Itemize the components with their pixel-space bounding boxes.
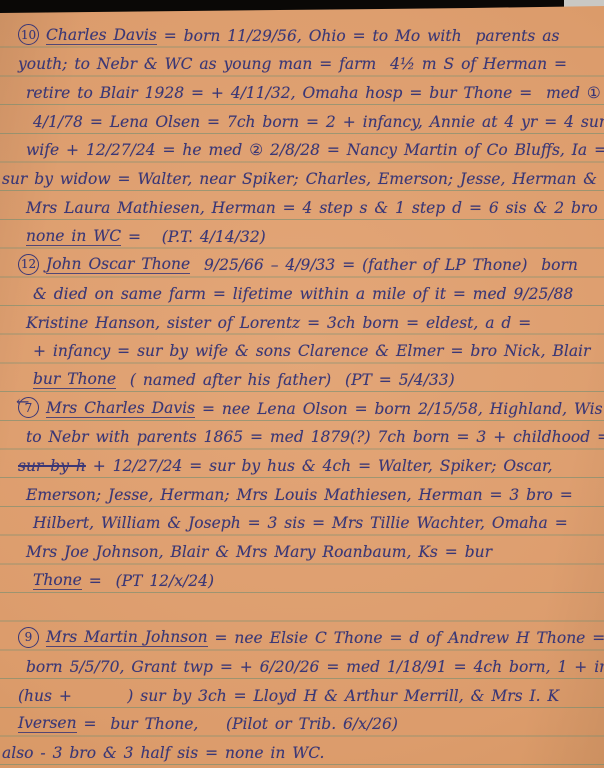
margin-arrow-annotation: ← (16, 392, 29, 411)
struck-text: sur by h (18, 457, 86, 475)
underlined-phrase: bur Thone (33, 370, 116, 389)
entry-subject-name: Mrs Martin Johnson (46, 628, 208, 647)
note-line: Iversen = bur Thone, (Pilot or Trib. 6/x… (0, 708, 604, 737)
entry-text: = nee Elsie C Thone = d of Andrew H Thon… (208, 629, 604, 647)
note-line: Thone = (PT 12/x/24) (0, 564, 604, 593)
entry-text: + 12/27/24 = sur by hus & 4ch = Walter, … (86, 457, 553, 475)
underlined-phrase: Thone (33, 571, 82, 590)
entry-text: = (PT 12/x/24) (82, 572, 214, 590)
entry-text: + infancy = sur by wife & sons Clarence … (33, 342, 590, 360)
note-line: + infancy = sur by wife & sons Clarence … (0, 335, 604, 364)
note-line: 12 John Oscar Thone 9/25/66 – 4/9/33 = (… (0, 249, 604, 278)
entry-text: = (P.T. 4/14/32) (121, 228, 266, 246)
entry-text: = nee Lena Olson = born 2/15/58, Highlan… (195, 400, 604, 418)
entry-text: born 5/5/70, Grant twp = + 6/20/26 = med… (26, 658, 604, 676)
handwritten-notes: 10 Charles Davis = born 11/29/56, Ohio =… (0, 19, 604, 765)
entry-text: ( named after his father) (PT = 5/4/33) (116, 371, 455, 389)
entry-number-circle: 9 (18, 627, 39, 648)
note-line: & died on same farm = lifetime within a … (0, 277, 604, 306)
note-line: 4/1/78 = Lena Olsen = 7ch born = 2 + inf… (0, 105, 604, 134)
note-line: also - 3 bro & 3 half sis = none in WC. (0, 736, 604, 765)
entry-text: wife + 12/27/24 = he med ② 2/8/28 = Nanc… (26, 141, 604, 159)
entry-text: 4/1/78 = Lena Olsen = 7ch born = 2 + inf… (33, 113, 604, 131)
entry-text: (hus + ) sur by 3ch = Lloyd H & Arthur M… (18, 687, 559, 705)
notebook-paper: 10 Charles Davis = born 11/29/56, Ohio =… (0, 0, 604, 768)
note-line: sur by h + 12/27/24 = sur by hus & 4ch =… (0, 449, 604, 478)
entry-subject-name: Mrs Charles Davis (46, 399, 195, 418)
entry-subject-name: Charles Davis (46, 26, 157, 45)
entry-text: = bur Thone, (Pilot or Trib. 6/x/26) (77, 715, 398, 733)
entry-text: & died on same farm = lifetime within a … (33, 285, 573, 303)
entry-text: Mrs Joe Johnson, Blair & Mrs Mary Roanba… (26, 543, 492, 561)
entry-text: Hilbert, William & Joseph = 3 sis = Mrs … (33, 514, 568, 532)
entry-text: also - 3 bro & 3 half sis = none in WC. (2, 744, 324, 762)
blank-line (0, 593, 604, 622)
entry-number-circle: 12 (18, 254, 39, 275)
entry-number-circle: 10 (18, 24, 39, 45)
note-line: none in WC = (P.T. 4/14/32) (0, 220, 604, 249)
note-line: 7 Mrs Charles Davis = nee Lena Olson = b… (0, 392, 604, 421)
note-line: Mrs Joe Johnson, Blair & Mrs Mary Roanba… (0, 535, 604, 564)
entry-text: retire to Blair 1928 = + 4/11/32, Omaha … (26, 84, 601, 102)
note-line: 10 Charles Davis = born 11/29/56, Ohio =… (0, 19, 604, 48)
note-line: Mrs Laura Mathiesen, Herman = 4 step s &… (0, 191, 604, 220)
note-line: (hus + ) sur by 3ch = Lloyd H & Arthur M… (0, 679, 604, 708)
note-line: 9 Mrs Martin Johnson = nee Elsie C Thone… (0, 621, 604, 650)
entry-text: to Nebr with parents 1865 = med 1879(?) … (26, 428, 604, 446)
note-line: Emerson; Jesse, Herman; Mrs Louis Mathie… (0, 478, 604, 507)
entry-text: Emerson; Jesse, Herman; Mrs Louis Mathie… (26, 486, 573, 504)
underlined-phrase: none in WC (26, 227, 121, 246)
entry-text: sur by widow = Walter, near Spiker; Char… (2, 170, 597, 188)
note-line: to Nebr with parents 1865 = med 1879(?) … (0, 421, 604, 450)
entry-text: youth; to Nebr & WC as young man = farm … (18, 55, 567, 73)
entry-subject-name: John Oscar Thone (46, 255, 190, 274)
entry-text: Mrs Laura Mathiesen, Herman = 4 step s &… (26, 199, 604, 217)
note-line: youth; to Nebr & WC as young man = farm … (0, 48, 604, 77)
note-line: Kristine Hanson, sister of Lorentz = 3ch… (0, 306, 604, 335)
entry-text: = born 11/29/56, Ohio = to Mo with paren… (157, 27, 560, 45)
entry-text: 9/25/66 – 4/9/33 = (father of LP Thone) … (190, 256, 578, 274)
note-line: retire to Blair 1928 = + 4/11/32, Omaha … (0, 76, 604, 105)
note-line: bur Thone ( named after his father) (PT … (0, 363, 604, 392)
note-line: wife + 12/27/24 = he med ② 2/8/28 = Nanc… (0, 134, 604, 163)
note-line: born 5/5/70, Grant twp = + 6/20/26 = med… (0, 650, 604, 679)
entry-text: Kristine Hanson, sister of Lorentz = 3ch… (26, 314, 531, 332)
note-line: sur by widow = Walter, near Spiker; Char… (0, 162, 604, 191)
note-line: Hilbert, William & Joseph = 3 sis = Mrs … (0, 507, 604, 536)
underlined-phrase: Iversen (18, 714, 77, 733)
